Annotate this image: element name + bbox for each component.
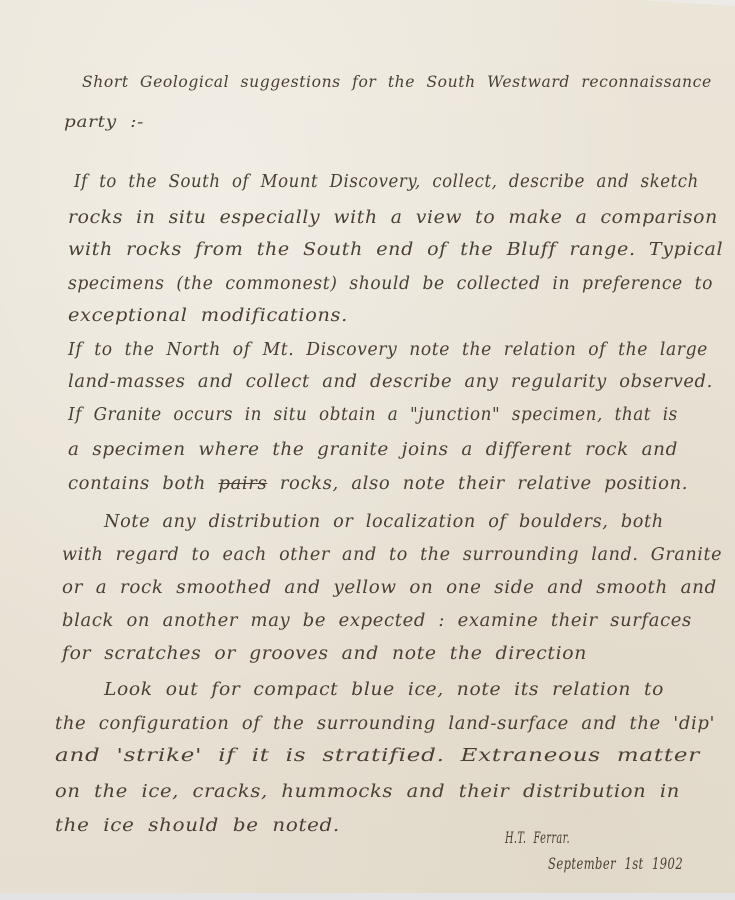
para3-line-3: or a rock smoothed and yellow on one sid… bbox=[62, 578, 717, 598]
signature-name: H.T. Ferrar. bbox=[505, 828, 570, 847]
para3-line-1: Note any distribution or localization of… bbox=[104, 512, 664, 532]
manuscript-page: Short Geological suggestions for the Sou… bbox=[0, 0, 735, 893]
title-line-2: party :- bbox=[64, 112, 144, 131]
para4-line-4: on the ice, cracks, hummocks and their d… bbox=[55, 782, 680, 802]
para1-line-3: with rocks from the South end of the Blu… bbox=[68, 240, 723, 260]
signature-date: September 1st 1902 bbox=[548, 854, 683, 873]
scan-border bbox=[0, 893, 735, 900]
para3-line-5: for scratches or grooves and note the di… bbox=[62, 644, 587, 664]
para1-line-2: rocks in situ especially with a view to … bbox=[68, 208, 718, 228]
para2-line-2: land-masses and collect and describe any… bbox=[68, 372, 713, 392]
para2-line-5-before: contains both bbox=[68, 474, 218, 494]
para2-line-5-after: rocks, also note their relative position… bbox=[267, 474, 688, 494]
para4-line-2: the configuration of the surrounding lan… bbox=[55, 714, 715, 734]
para4-line-5: the ice should be noted. bbox=[55, 816, 340, 836]
para3-line-2: with regard to each other and to the sur… bbox=[62, 545, 722, 565]
para2-line-4: a specimen where the granite joins a dif… bbox=[68, 440, 678, 460]
struck-word: pairs bbox=[218, 474, 267, 494]
para2-line-3: If Granite occurs in situ obtain a "junc… bbox=[68, 405, 678, 425]
para3-line-4: black on another may be expected : exami… bbox=[62, 611, 692, 631]
para4-line-3: and 'strike' if it is stratified. Extran… bbox=[55, 746, 700, 766]
para1-line-1: If to the South of Mount Discovery, coll… bbox=[74, 172, 699, 192]
para2-line-1: If to the North of Mt. Discovery note th… bbox=[68, 340, 708, 360]
para4-line-1: Look out for compact blue ice, note its … bbox=[104, 680, 664, 700]
para1-line-5: exceptional modifications. bbox=[68, 306, 348, 326]
title-line-1: Short Geological suggestions for the Sou… bbox=[82, 72, 712, 91]
para2-line-5: contains both pairs rocks, also note the… bbox=[68, 474, 688, 494]
para1-line-4: specimens (the commonest) should be coll… bbox=[68, 274, 713, 294]
